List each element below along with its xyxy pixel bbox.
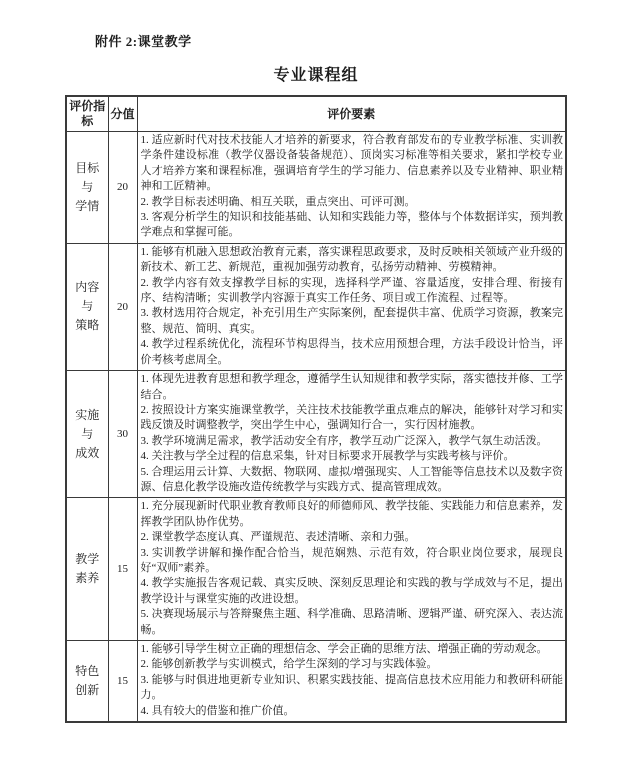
evaluation-item: 1. 体现先进教育思想和教学理念，遵循学生认知规律和教学实际，落实德技并修、工学… [141, 372, 564, 403]
evaluation-item: 2. 教学内容有效支撑教学目标的实现，选择科学严谨、容量适度，安排合理、衔接有序… [141, 276, 564, 307]
indicator-line: 特色 [67, 662, 108, 681]
header-score: 分值 [108, 96, 137, 132]
page-title: 专业课程组 [65, 62, 567, 85]
evaluation-item: 5. 决赛现场展示与答辩聚焦主题、科学准确、思路清晰、逻辑严谨、研究深入、表达流… [141, 607, 564, 638]
elements-cell: 1. 体现先进教育思想和教学理念，遵循学生认知规律和教学实际，落实德技并修、工学… [137, 371, 566, 498]
elements-cell: 1. 充分展现新时代职业教育教师良好的师德师风、教学技能、实践能力和信息素养，发… [137, 498, 566, 641]
score-cell: 20 [108, 243, 137, 370]
indicator-line: 目标 [67, 159, 108, 178]
indicator-line: 与 [67, 297, 108, 316]
evaluation-item: 4. 教学过程系统优化，流程环节构思得当，技术应用预想合理，方法手段设计恰当，评… [141, 337, 564, 368]
elements-cell: 1. 能够引导学生树立正确的理想信念、学会正确的思维方法、增强正确的劳动观念。2… [137, 641, 566, 723]
evaluation-item: 3. 实训教学讲解和操作配合恰当，规范娴熟、示范有效，符合职业岗位要求，展现良好… [141, 546, 564, 577]
evaluation-item: 1. 能够有机融入思想政治教育元素，落实课程思政要求，及时反映相关领域产业升级的… [141, 245, 564, 276]
indicator-line: 策略 [67, 316, 108, 335]
table-header-row: 评价指标 分值 评价要素 [66, 96, 566, 132]
indicator-line: 教学 [67, 550, 108, 569]
score-cell: 15 [108, 641, 137, 723]
evaluation-item: 3. 客观分析学生的知识和技能基础、认知和实践能力等，整体与个体数据详实，预判教… [141, 210, 564, 241]
indicator-line: 创新 [67, 681, 108, 700]
indicator-line: 内容 [67, 278, 108, 297]
table-row: 内容与策略 20 1. 能够有机融入思想政治教育元素，落实课程思政要求，及时反映… [66, 243, 566, 370]
table-row: 实施与成效 30 1. 体现先进教育思想和教学理念，遵循学生认知规律和教学实际，… [66, 371, 566, 498]
header-elements: 评价要素 [137, 96, 566, 132]
document-page: 附件 2:课堂教学 专业课程组 评价指标 分值 评价要素 目标与学情 20 1.… [0, 0, 632, 758]
evaluation-item: 2. 教学目标表述明确、相互关联，重点突出、可评可测。 [141, 195, 564, 210]
table-row: 特色创新 15 1. 能够引导学生树立正确的理想信念、学会正确的思维方法、增强正… [66, 641, 566, 723]
score-cell: 30 [108, 371, 137, 498]
indicator-cell: 目标与学情 [66, 132, 108, 244]
elements-cell: 1. 能够有机融入思想政治教育元素，落实课程思政要求，及时反映相关领域产业升级的… [137, 243, 566, 370]
indicator-line: 成效 [67, 444, 108, 463]
indicator-line: 实施 [67, 406, 108, 425]
eval-table-body: 目标与学情 20 1. 适应新时代对技术技能人才培养的新要求，符合教育部发布的专… [66, 132, 566, 723]
evaluation-item: 3. 教学环境满足需求，教学活动安全有序，教学互动广泛深入，教学气氛生动活泼。 [141, 434, 564, 449]
indicator-line: 与 [67, 425, 108, 444]
evaluation-item: 1. 适应新时代对技术技能人才培养的新要求，符合教育部发布的专业教学标准、实训教… [141, 133, 564, 195]
indicator-line: 素养 [67, 569, 108, 588]
evaluation-item: 3. 教材选用符合规定，补充引用生产实际案例，配套提供丰富、优质学习资源，教案完… [141, 306, 564, 337]
indicator-cell: 教学素养 [66, 498, 108, 641]
header-indicator: 评价指标 [66, 96, 108, 132]
evaluation-item: 4. 关注教与学全过程的信息采集，针对目标要求开展教学与实践考核与评价。 [141, 449, 564, 464]
attachment-label: 附件 2:课堂教学 [95, 31, 192, 50]
evaluation-item: 1. 充分展现新时代职业教育教师良好的师德师风、教学技能、实践能力和信息素养，发… [141, 499, 564, 530]
evaluation-item: 3. 能够与时俱进地更新专业知识、积累实践技能、提高信息技术应用能力和教研科研能… [141, 673, 564, 704]
evaluation-item: 4. 具有较大的借鉴和推广价值。 [141, 704, 564, 719]
indicator-line: 学情 [67, 197, 108, 216]
evaluation-table: 评价指标 分值 评价要素 目标与学情 20 1. 适应新时代对技术技能人才培养的… [65, 95, 567, 723]
evaluation-item: 2. 课堂教学态度认真、严谨规范、表述清晰、亲和力强。 [141, 530, 564, 545]
indicator-cell: 特色创新 [66, 641, 108, 723]
evaluation-item: 5. 合理运用云计算、大数据、物联网、虚拟/增强现实、人工智能等信息技术以及数字… [141, 465, 564, 496]
score-cell: 20 [108, 132, 137, 244]
evaluation-item: 2. 按照设计方案实施课堂教学，关注技术技能教学重点难点的解决，能够针对学习和实… [141, 403, 564, 434]
elements-cell: 1. 适应新时代对技术技能人才培养的新要求，符合教育部发布的专业教学标准、实训教… [137, 132, 566, 244]
evaluation-item: 1. 能够引导学生树立正确的理想信念、学会正确的思维方法、增强正确的劳动观念。 [141, 642, 564, 657]
indicator-cell: 实施与成效 [66, 371, 108, 498]
evaluation-item: 2. 能够创新教学与实训模式，给学生深刻的学习与实践体验。 [141, 657, 564, 672]
indicator-line: 与 [67, 178, 108, 197]
score-cell: 15 [108, 498, 137, 641]
table-row: 目标与学情 20 1. 适应新时代对技术技能人才培养的新要求，符合教育部发布的专… [66, 132, 566, 244]
indicator-cell: 内容与策略 [66, 243, 108, 370]
evaluation-item: 4. 教学实施报告客观记载、真实反映、深刻反思理论和实践的教与学成效与不足，提出… [141, 576, 564, 607]
table-row: 教学素养 15 1. 充分展现新时代职业教育教师良好的师德师风、教学技能、实践能… [66, 498, 566, 641]
